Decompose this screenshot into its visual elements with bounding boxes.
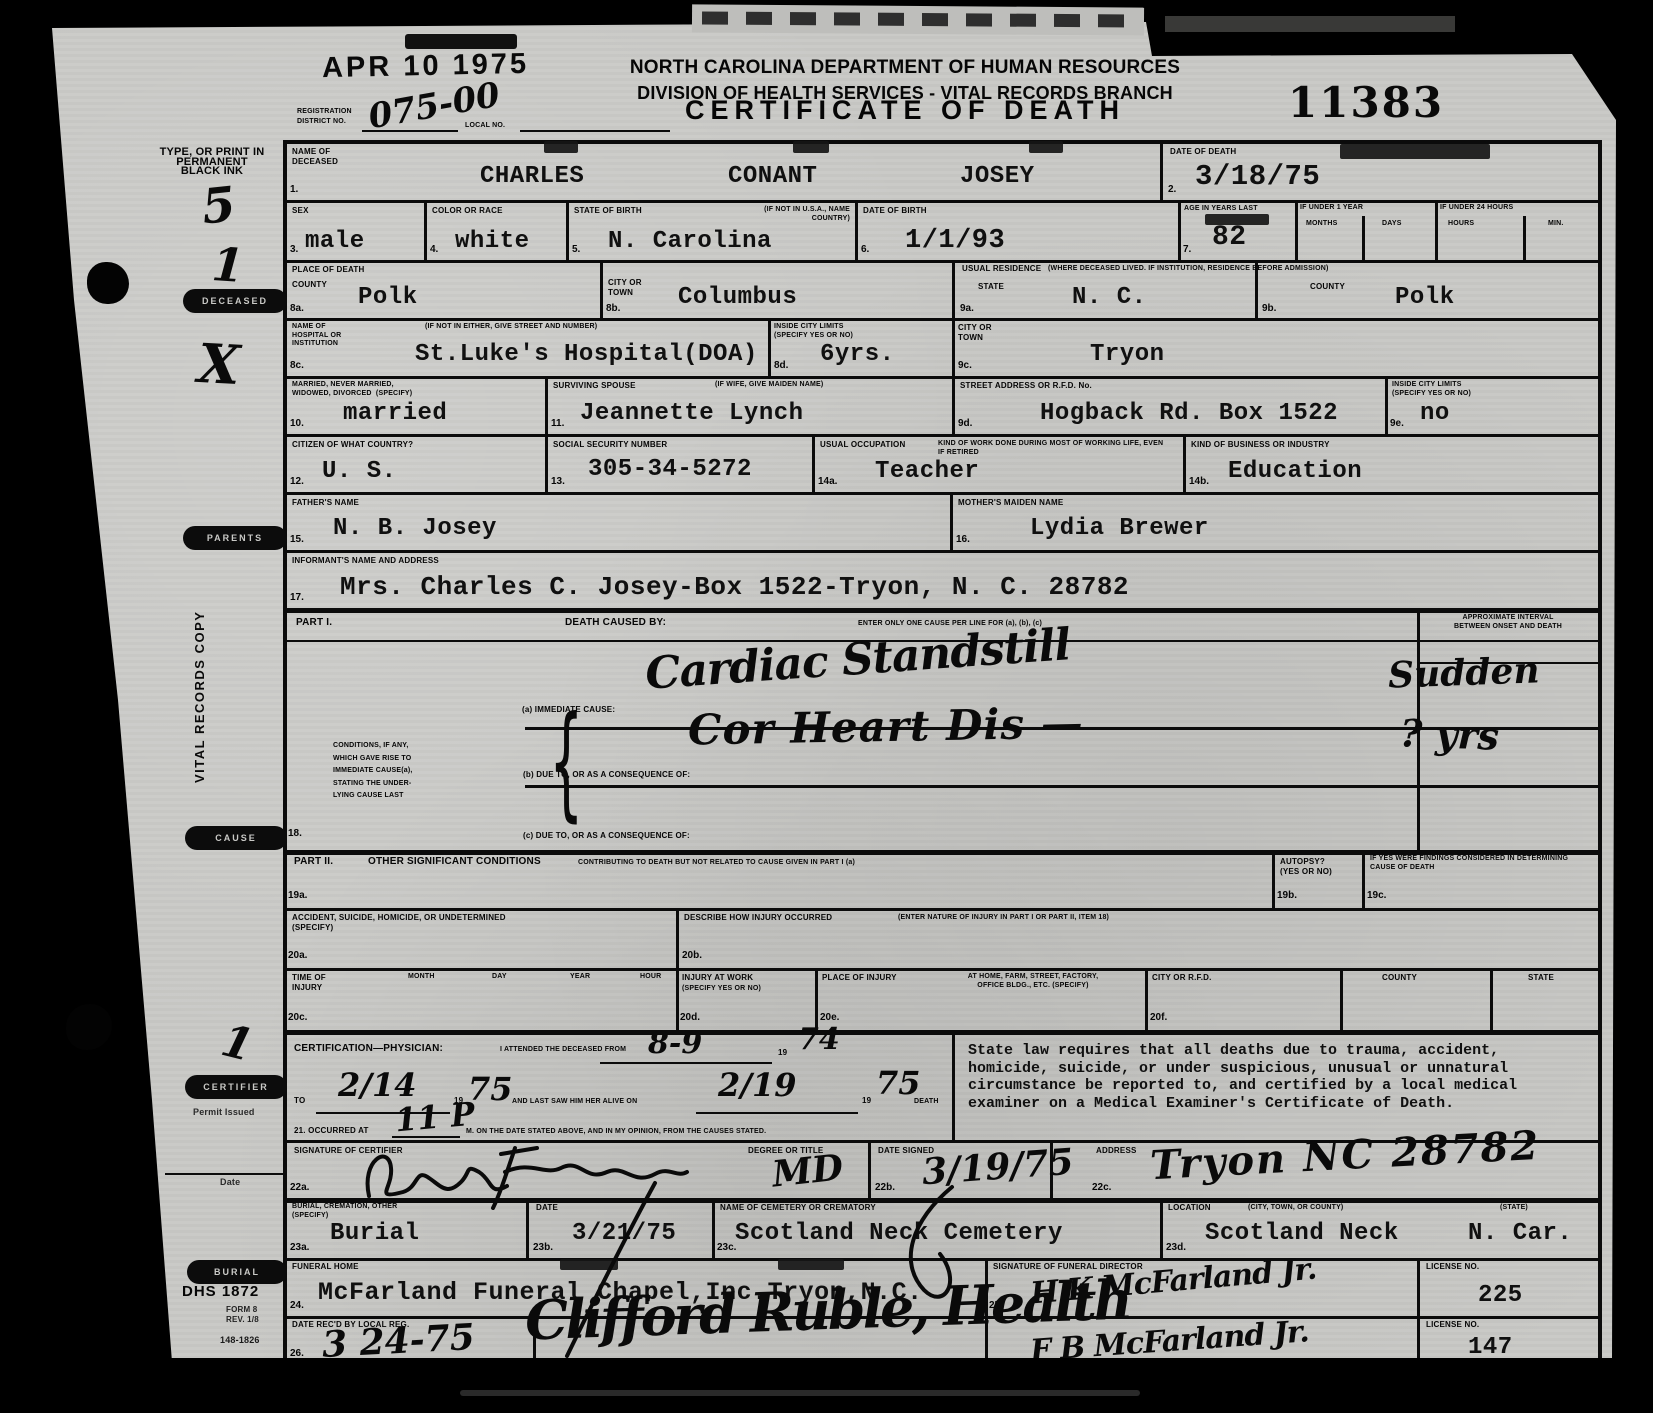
registration-district-label2: DISTRICT NO. (297, 118, 346, 127)
occurred-label: 21. OCCURRED AT (294, 1126, 369, 1136)
line (1523, 216, 1526, 260)
race-value: white (455, 228, 530, 255)
line (283, 908, 1602, 911)
ssn-value: 305-34-5272 (588, 456, 752, 483)
field-num-20a: 20a. (288, 950, 307, 961)
field-num-18: 18. (288, 828, 302, 839)
deceased-middle-name: CONANT (728, 163, 817, 190)
field-num-9e: 9e. (1390, 418, 1404, 429)
field-num-8c: 8c. (290, 360, 304, 371)
name-of-deceased-label: NAME OFDECEASED (292, 147, 338, 166)
line (696, 1112, 858, 1114)
funeral-home-label: FUNERAL HOME (292, 1262, 359, 1272)
residence-county-label: COUNTY (1310, 282, 1345, 292)
father-label: FATHER'S NAME (292, 498, 359, 508)
line (1295, 200, 1298, 260)
year-label: YEAR (570, 973, 590, 982)
line (1362, 216, 1365, 260)
line (520, 130, 670, 132)
field-num-9a: 9a. (960, 303, 974, 314)
sex-value: male (305, 228, 365, 255)
cemetery-label: NAME OF CEMETERY OR CREMATORY (720, 1203, 876, 1213)
date-of-death-value: 3/18/75 (1195, 160, 1320, 193)
top-right-fragment (1165, 16, 1455, 32)
place-of-death-label: PLACE OF DEATH (292, 265, 364, 275)
top-left-ink-smear (405, 34, 517, 49)
mother-value: Lydia Brewer (1030, 515, 1209, 542)
field-num-8b: 8b. (606, 303, 620, 314)
occurred-time-value: 11 P (393, 1095, 476, 1140)
father-value: N. B. Josey (333, 515, 497, 542)
line (768, 318, 771, 376)
field-num-1: 1. (290, 184, 298, 195)
line (283, 608, 1602, 613)
field-num-23c: 23c. (717, 1242, 736, 1253)
field-num-7: 7. (1183, 244, 1191, 255)
line (1490, 968, 1493, 1030)
field-num-20d: 20d. (680, 1012, 700, 1023)
how-injury-label: DESCRIBE HOW INJURY OCCURRED (684, 913, 832, 923)
field-num-16: 16. (956, 534, 970, 545)
line (424, 200, 427, 260)
citizen-value: U. S. (322, 458, 397, 485)
line (283, 376, 1602, 379)
time-of-injury-label: TIME OFINJURY (292, 973, 326, 992)
inside-city-limits-label: INSIDE CITY LIMITS(SPECIFY YES OR NO) (774, 323, 853, 340)
line (676, 908, 679, 968)
injury-city-label: CITY OR R.F.D. (1152, 973, 1212, 983)
degree-value: MD (770, 1146, 845, 1195)
deceased-last-name: JOSEY (960, 163, 1035, 190)
field-num-19c: 19c. (1367, 890, 1386, 901)
field-num-20f: 20f. (1150, 1012, 1167, 1023)
field-num-6: 6. (861, 244, 869, 255)
last-19: 19 (862, 1096, 871, 1106)
city-or-town-label: CITY ORTOWN (608, 278, 642, 297)
line (952, 260, 955, 318)
label-smudge (1340, 144, 1490, 159)
line (283, 492, 1602, 495)
pen-stroke (555, 1178, 675, 1363)
field-num-20c: 20c. (288, 1012, 307, 1023)
license-value-2: 147 (1468, 1334, 1513, 1361)
agency-line1: NORTH CAROLINA DEPARTMENT OF HUMAN RESOU… (620, 58, 1190, 78)
place-of-injury-sub: AT HOME, FARM, STREET, FACTORY,OFFICE BL… (938, 973, 1128, 990)
line (600, 260, 603, 318)
hospital-sub: (IF NOT IN EITHER, GIVE STREET AND NUMBE… (425, 323, 597, 332)
under-24h-label: IF UNDER 24 HOURS (1440, 204, 1513, 213)
occurred-rest-label: M. ON THE DATE STATED ABOVE, AND IN MY O… (466, 1128, 766, 1137)
findings-label: IF YES WERE FINDINGS CONSIDERED IN DETER… (1370, 855, 1580, 872)
license-label-1: LICENSE NO. (1426, 1262, 1479, 1272)
death-county-value: Polk (358, 284, 418, 311)
line (1272, 850, 1275, 908)
residence-county-value: Polk (1395, 284, 1455, 311)
last-saw-value: 2/19 (718, 1066, 796, 1104)
residence-city-limits-value: no (1420, 400, 1450, 427)
interval-header: APPROXIMATE INTERVALBETWEEN ONSET AND DE… (1428, 614, 1588, 631)
days-label: DAYS (1382, 220, 1402, 229)
line (545, 434, 548, 492)
street-address-label: STREET ADDRESS OR R.F.D. No. (960, 381, 1092, 391)
line (545, 376, 548, 434)
disposition-state-value: N. Car. (1468, 1220, 1572, 1247)
birth-state-value: N. Carolina (608, 228, 772, 255)
conditions-note: CONDITIONS, IF ANY, WHICH GAVE RISE TO I… (333, 740, 413, 803)
mother-label: MOTHER'S MAIDEN NAME (958, 498, 1063, 508)
pen-stroke (890, 1182, 985, 1307)
hospital-label: NAME OF HOSPITAL OR INSTITUTION (292, 323, 341, 349)
top-document-fragment (692, 4, 1144, 35)
how-injury-sub: (ENTER NATURE OF INJURY IN PART I OR PAR… (898, 914, 1109, 923)
form-line2: FORM 8 (226, 1305, 257, 1315)
line (283, 140, 287, 1358)
line (815, 968, 818, 1030)
field-num-20b: 20b. (682, 950, 702, 961)
date-received-stamp: APR 10 1975 (322, 48, 530, 85)
from-19: 19 (778, 1048, 787, 1058)
field-num-8a: 8a. (290, 303, 304, 314)
tab-parents: PARENTS (183, 526, 287, 550)
accident-label: ACCIDENT, SUICIDE, HOMICIDE, OR UNDETERM… (292, 913, 506, 932)
part2-sub: CONTRIBUTING TO DEATH BUT NOT RELATED TO… (578, 859, 855, 868)
immediate-interval-value: Sudden (1387, 649, 1540, 696)
label-smudge (544, 141, 578, 153)
months-label: MONTHS (1306, 220, 1338, 229)
marital-label: MARRIED, NEVER MARRIED, WIDOWED, DIVORCE… (292, 381, 412, 398)
line (283, 434, 1602, 437)
autopsy-label: AUTOPSY?(YES OR NO) (1280, 857, 1332, 876)
hole-punch-top (87, 262, 129, 304)
field-num-22c: 22c. (1092, 1182, 1111, 1193)
line (868, 1140, 871, 1198)
field-num-15: 15. (290, 534, 304, 545)
margin-mark-x: X (196, 331, 241, 397)
field-num-23a: 23a. (290, 1242, 309, 1253)
residence-state-value: N. C. (1072, 284, 1147, 311)
line (1145, 968, 1148, 1030)
field-num-4: 4. (430, 244, 438, 255)
residence-city-label: CITY ORTOWN (958, 323, 992, 342)
from-year-value: 74 (798, 1022, 840, 1057)
citizen-label: CITIZEN OF WHAT COUNTRY? (292, 440, 413, 450)
line (283, 968, 1602, 971)
field-num-19b: 19b. (1277, 890, 1297, 901)
registration-district-label: REGISTRATION (297, 108, 352, 117)
field-num-14a: 14a. (818, 476, 837, 487)
occupation-value: Teacher (875, 458, 979, 485)
field-num-14b: 14b. (1189, 476, 1209, 487)
location-label: LOCATION (1168, 1203, 1211, 1213)
conditions-brace: { (549, 691, 583, 835)
attended-from-value: 8-9 (648, 1026, 702, 1061)
license-label-2: LICENSE NO. (1426, 1320, 1479, 1330)
sex-label: SEX (292, 206, 309, 216)
line (525, 785, 1602, 788)
day-label: DAY (492, 973, 507, 982)
age-value: 82 (1212, 222, 1247, 253)
attended-label: I ATTENDED THE DECEASED FROM (500, 1046, 626, 1055)
field-num-13: 13. (551, 476, 565, 487)
field-num-22a: 22a. (290, 1182, 309, 1193)
form-line3: REV. 1/8 (226, 1315, 259, 1325)
part2-label: PART II. (294, 857, 333, 867)
line (566, 200, 569, 260)
field-num-5: 5. (572, 244, 580, 255)
part2-title: OTHER SIGNIFICANT CONDITIONS (368, 857, 541, 867)
label-smudge (1029, 141, 1063, 153)
line (712, 1198, 715, 1258)
injury-county-label: COUNTY (1382, 973, 1417, 983)
form-line4: 148-1826 (220, 1336, 260, 1346)
place-of-injury-label: PLACE OF INJURY (822, 973, 897, 983)
industry-label: KIND OF BUSINESS OR INDUSTRY (1191, 440, 1330, 450)
bottom-scan-band (0, 1358, 1653, 1413)
line (952, 318, 955, 376)
field-num-23b: 23b. (533, 1242, 553, 1253)
field-num-8d: 8d. (774, 360, 788, 371)
margin-mark-5: 5 (199, 176, 238, 235)
permit-issued-label: Permit Issued (193, 1108, 255, 1118)
tab-cause: CAUSE (185, 826, 287, 850)
field-num-23d: 23d. (1166, 1242, 1186, 1253)
location-sub: (CITY, TOWN, OR COUNTY) (1248, 1204, 1343, 1213)
date-of-birth-label: DATE OF BIRTH (863, 206, 927, 216)
address-label: ADDRESS (1096, 1146, 1137, 1156)
due-to-c-label: (c) DUE TO, OR AS A CONSEQUENCE OF: (523, 831, 690, 841)
street-address-value: Hogback Rd. Box 1522 (1040, 400, 1338, 427)
hour-label: HOUR (640, 973, 661, 982)
last-year-value: 75 (876, 1064, 921, 1102)
label-smudge (793, 141, 829, 153)
to-label: TO (294, 1096, 305, 1106)
field-num-3: 3. (290, 244, 298, 255)
to-value: 2/14 (338, 1066, 416, 1104)
line (812, 434, 815, 492)
last-saw-label: AND LAST SAW HIM HER ALIVE ON (512, 1098, 637, 1107)
due-to-b-value: Cor Heart Dis — (688, 699, 1084, 755)
occupation-label: USUAL OCCUPATION (820, 440, 905, 450)
informant-label: INFORMANT'S NAME AND ADDRESS (292, 556, 439, 566)
margin-mark-1: 1 (210, 237, 246, 293)
death-caused-by-label: DEATH CAUSED BY: (565, 618, 666, 628)
usual-residence-label: USUAL RESIDENCE (962, 264, 1041, 274)
tab-deceased: DECEASED (183, 289, 287, 313)
part1-label: PART I. (296, 618, 332, 628)
line (1417, 1258, 1420, 1358)
line (1178, 200, 1181, 260)
field-num-2: 2. (1168, 184, 1176, 195)
occupation-sub: KIND OF WORK DONE DURING MOST OF WORKING… (938, 440, 1168, 457)
field-num-19a: 19a. (288, 890, 307, 901)
disposition-state-label: (STATE) (1500, 1204, 1528, 1213)
city-limits-value: 6yrs. (820, 341, 895, 368)
industry-value: Education (1228, 458, 1362, 485)
death-city-value: Columbus (678, 284, 797, 311)
line (165, 1173, 283, 1175)
usual-residence-sub: (WHERE DECEASED LIVED. IF INSTITUTION, R… (1048, 265, 1329, 274)
line (1362, 850, 1365, 908)
line (283, 318, 1602, 321)
field-num-9c: 9c. (958, 360, 972, 371)
certificate-number: 11383 (1288, 78, 1444, 127)
state-law-notice: State law requires that all deaths due t… (968, 1042, 1588, 1112)
min-label: MIN. (1548, 220, 1564, 229)
line (855, 200, 858, 260)
band-smear (460, 1390, 1140, 1396)
line (283, 1030, 1602, 1035)
hole-punch-bottom (66, 1004, 112, 1050)
to-year-value: 75 (468, 1070, 513, 1108)
fragment-text-smudge (702, 11, 1134, 27)
birth-state-sub: (IF NOT IN U.S.A., NAMECOUNTRY) (690, 206, 850, 223)
field-num-9d: 9d. (958, 418, 972, 429)
date-line-label: Date (220, 1178, 240, 1188)
vital-records-copy-label: VITAL RECORDS COPY (192, 588, 207, 783)
date-of-death-label: DATE OF DEATH (1170, 147, 1236, 157)
burial-value: Burial (330, 1220, 419, 1247)
race-label: COLOR OR RACE (432, 206, 503, 216)
field-num-24: 24. (290, 1300, 304, 1311)
field-num-17: 17. (290, 592, 304, 603)
line (952, 376, 955, 434)
injury-state-label: STATE (1528, 973, 1554, 983)
tab-burial: BURIAL (187, 1260, 287, 1284)
hospital-value: St.Luke's Hospital(DOA) (415, 341, 758, 368)
local-no-label: LOCAL NO. (465, 122, 505, 131)
line (952, 1030, 955, 1140)
line (1160, 1198, 1163, 1258)
deceased-first-name: CHARLES (480, 163, 584, 190)
line (1435, 200, 1438, 260)
line (283, 200, 1602, 203)
field-num-12: 12. (290, 476, 304, 487)
residence-city-value: Tryon (1090, 341, 1165, 368)
spouse-label: SURVIVING SPOUSE (553, 381, 636, 391)
residence-state-label: STATE (978, 282, 1004, 292)
residence-city-limits-label: INSIDE CITY LIMITS(SPECIFY YES OR NO) (1392, 381, 1471, 398)
line (283, 260, 1602, 263)
spouse-sub: (IF WIFE, GIVE MAIDEN NAME) (715, 381, 823, 390)
line (676, 968, 679, 1030)
field-num-9b: 9b. (1262, 303, 1276, 314)
certificate-title: CERTIFICATE OF DEATH (620, 106, 1190, 116)
field-num-10: 10. (290, 418, 304, 429)
line (1183, 434, 1186, 492)
line (283, 550, 1602, 553)
hours-label: HOURS (1448, 220, 1474, 229)
birth-state-label: STATE OF BIRTH (574, 206, 642, 216)
ssn-label: SOCIAL SECURITY NUMBER (553, 440, 667, 450)
marital-value: married (343, 400, 447, 427)
due-to-b-interval-value: ? yrs (1399, 710, 1500, 758)
spouse-value: Jeannette Lynch (580, 400, 804, 427)
ink-instruction: TYPE, OR PRINT IN PERMANENT BLACK INK (146, 148, 278, 177)
injury-at-work-label: INJURY AT WORK(SPECIFY YES OR NO) (682, 973, 812, 993)
line (950, 492, 953, 550)
line (1340, 968, 1343, 1030)
location-value: Scotland Neck (1205, 1220, 1399, 1247)
date-of-birth-value: 1/1/93 (905, 226, 1005, 256)
due-to-b-label: (b) DUE TO, OR AS A CONSEQUENCE OF: (523, 770, 690, 780)
informant-value: Mrs. Charles C. Josey-Box 1522-Tryon, N.… (340, 572, 1129, 602)
line (1160, 140, 1163, 200)
label-smudge (778, 1259, 844, 1270)
tab-certifier: CERTIFIER (185, 1075, 287, 1099)
age-label: AGE IN YEARS LAST (1184, 205, 1258, 214)
line (1385, 376, 1388, 434)
month-label: MONTH (408, 973, 435, 982)
under-1yr-label: IF UNDER 1 YEAR (1300, 204, 1363, 213)
form-number: DHS 1872 (182, 1287, 259, 1297)
line (1598, 140, 1602, 1358)
county-label: COUNTY (292, 280, 327, 290)
certification-label: CERTIFICATION—PHYSICIAN: (294, 1044, 443, 1054)
field-num-11: 11. (551, 418, 564, 429)
line (600, 1062, 772, 1064)
license-value-1: 225 (1478, 1282, 1523, 1309)
scanned-death-certificate: APR 10 1975 REGISTRATION DISTRICT NO. 07… (0, 0, 1653, 1413)
